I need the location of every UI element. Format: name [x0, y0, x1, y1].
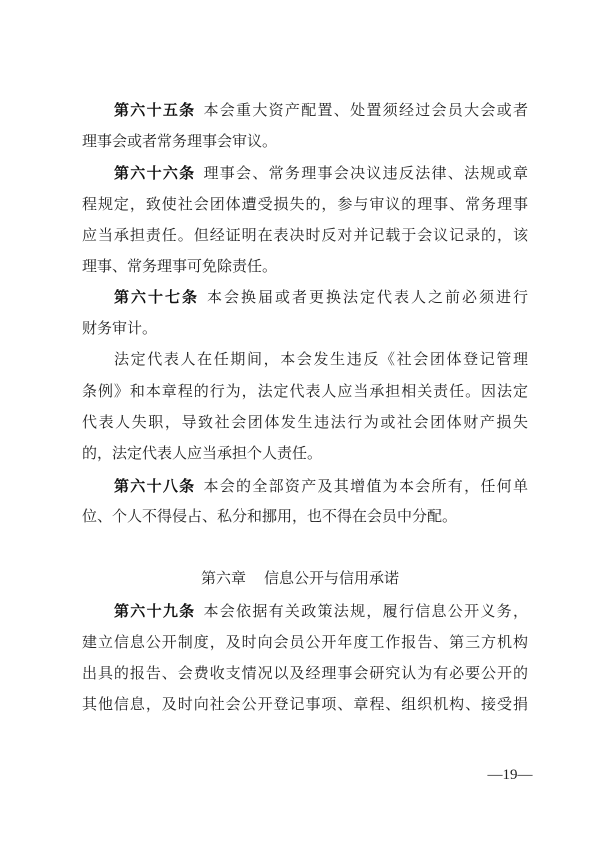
article-66-line: 理事、常务理事可免除责任。 [82, 254, 528, 278]
article-67-first-line: 第六十七条本会换届或者更换法定代表人之前必须进行 [114, 285, 528, 309]
article-68-first-line: 第六十八条本会的全部资产及其增值为本会所有，任何单 [114, 474, 528, 498]
article-label: 第六十九条 [114, 602, 195, 620]
article-text: 理事会、常务理事会决议违反法律、法规或章 [203, 164, 528, 182]
article-text: 本会换届或者更换法定代表人之前必须进行 [207, 288, 528, 306]
page-number: —19— [470, 764, 550, 786]
article-69-line: 其他信息，及时向社会公开登记事项、章程、组织机构、接受捐 [82, 692, 528, 716]
article-68-line: 位、个人不得侵占、私分和挪用，也不得在会员中分配。 [82, 504, 528, 528]
article-69-line: 出具的报告、会费收支情况以及经理事会研究认为有必要公开的 [82, 661, 528, 685]
article-label: 第六十六条 [114, 164, 195, 182]
chapter-heading: 第六章信息公开与信用承诺 [0, 566, 600, 590]
document-page: 第六十五条本会重大资产配置、处置须经过会员大会或者 理事会或者常务理事会审议。 … [0, 0, 600, 848]
paragraph-first-line: 法定代表人在任期间，本会发生违反《社会团体登记管理 [114, 347, 528, 371]
article-label: 第六十八条 [114, 477, 195, 495]
article-66-first-line: 第六十六条理事会、常务理事会决议违反法律、法规或章 [114, 161, 528, 185]
paragraph-line: 代表人失职，导致社会团体发生违法行为或社会团体财产损失 [82, 410, 528, 434]
article-text: 本会的全部资产及其增值为本会所有，任何单 [203, 477, 528, 495]
article-65-line: 理事会或者常务理事会审议。 [82, 129, 528, 153]
article-65-first-line: 第六十五条本会重大资产配置、处置须经过会员大会或者 [114, 98, 528, 122]
article-67-line: 财务审计。 [82, 316, 528, 340]
article-69-line: 建立信息公开制度，及时向会员公开年度工作报告、第三方机构 [82, 630, 528, 654]
article-label: 第六十七条 [114, 288, 199, 306]
chapter-title: 信息公开与信用承诺 [264, 569, 399, 587]
article-text: 本会依据有关政策法规，履行信息公开义务， [203, 602, 528, 620]
article-label: 第六十五条 [114, 101, 195, 119]
paragraph-line: 的，法定代表人应当承担个人责任。 [82, 441, 528, 465]
chapter-number: 第六章 [201, 569, 246, 587]
paragraph-line: 条例》和本章程的行为，法定代表人应当承担相关责任。因法定 [82, 379, 528, 403]
article-66-line: 程规定，致使社会团体遭受损失的，参与审议的理事、常务理事 [82, 192, 528, 216]
article-text: 本会重大资产配置、处置须经过会员大会或者 [203, 101, 528, 119]
article-66-line: 应当承担责任。但经证明在表决时反对并记载于会议记录的，该 [82, 223, 528, 247]
article-69-first-line: 第六十九条本会依据有关政策法规，履行信息公开义务， [114, 599, 528, 623]
